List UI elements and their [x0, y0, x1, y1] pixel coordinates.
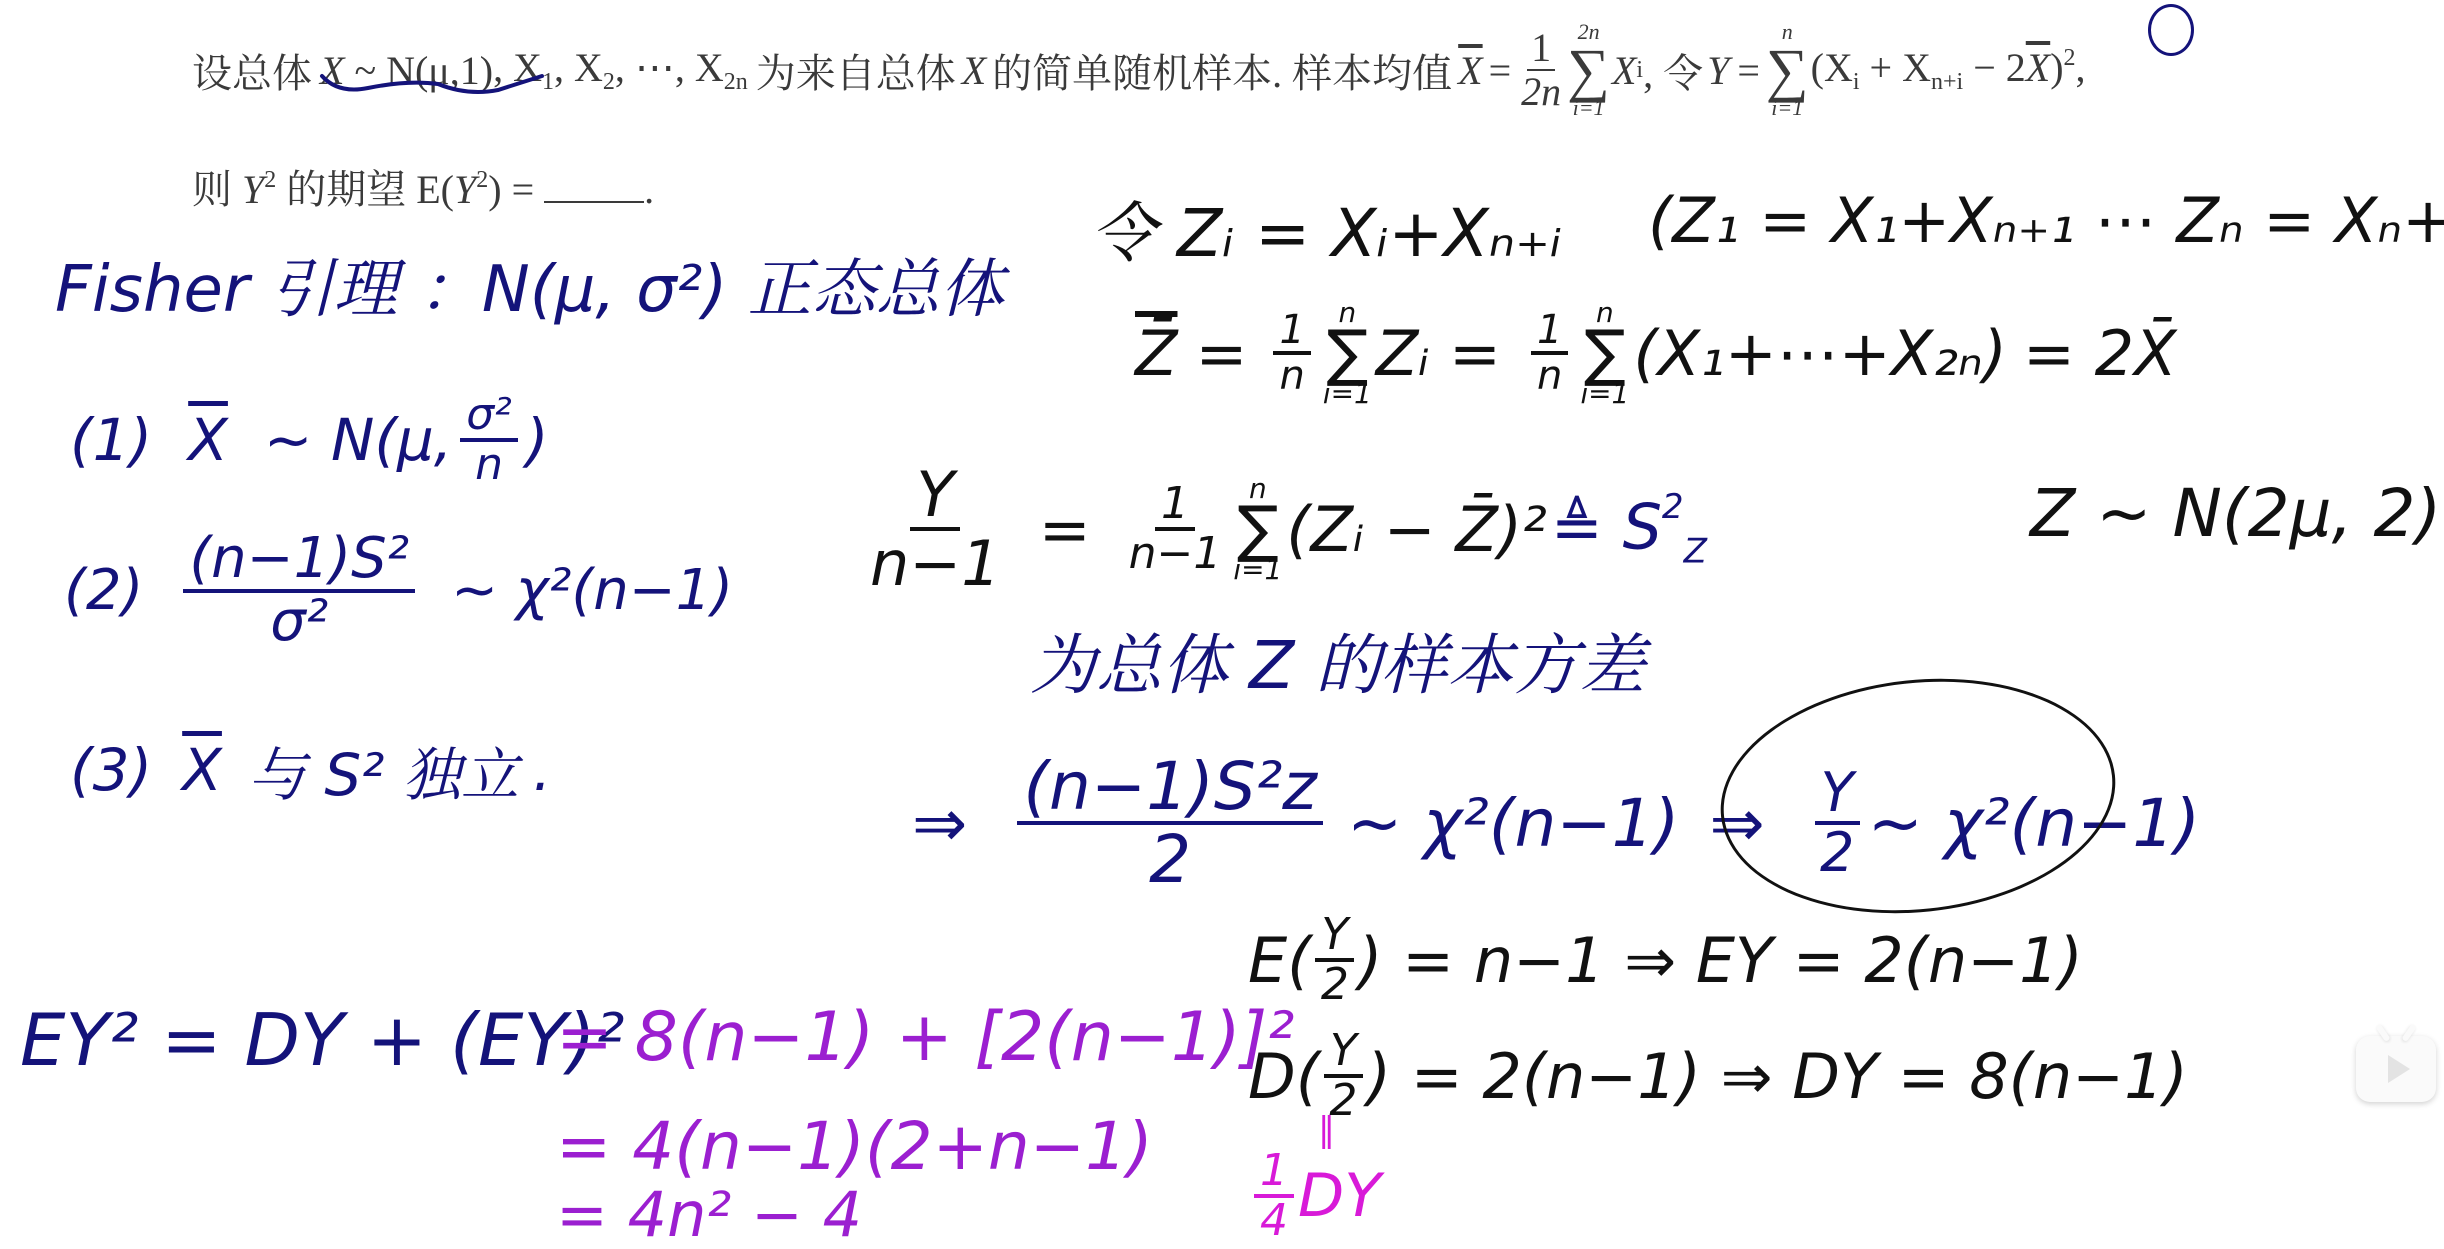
frac-num: Y [910, 462, 960, 531]
frac-den: σ² [270, 593, 328, 652]
tv-antenna-icon [2375, 1024, 2390, 1042]
sum-n: n∑i=1 [1323, 300, 1372, 406]
sum-n: n∑i=1 [1580, 300, 1629, 406]
problem-line-2: 则 Y2 的期望 E(Y2) = . [192, 158, 654, 215]
equal-mark: ‖ [1318, 1110, 1335, 1150]
zi-term: Zᵢ = [1376, 317, 1501, 390]
exponent-2: 2 [2064, 45, 2076, 71]
y-plus: + X [1860, 45, 1931, 90]
var-y: Y [1707, 47, 1729, 94]
frac-num: 1 [1273, 309, 1310, 355]
zbar-derivation: Z̄ = 1n n∑i=1 Zᵢ = 1n n∑i=1 (X₁+⋯+X₂ₙ) =… [1135, 300, 2177, 406]
var-y: Y [454, 167, 476, 212]
frac-den: n [475, 442, 503, 488]
expectation-line: E( Y2 ) = n−1 ⇒ EY = 2(n−1) [1248, 912, 2083, 1008]
tv-antenna-icon [2401, 1024, 2416, 1042]
problem-mid: 为来自总体 [756, 42, 956, 99]
frac-num: Y [1324, 1028, 1363, 1078]
underline-annotation [318, 70, 548, 100]
sum-icon: ∑ [1766, 43, 1809, 97]
play-icon [2388, 1055, 2410, 1083]
y-minus: − 2 [1963, 45, 2026, 90]
equals: = [1039, 493, 1091, 566]
y-over-2: Y2 [1315, 912, 1354, 1008]
y-close: ) [2050, 45, 2063, 90]
sample-x2: , X [554, 45, 603, 90]
period: . [644, 167, 654, 212]
dy-result: ) = 2(n−1) ⇒ DY = 8(n−1) [1367, 1040, 2188, 1113]
frac-num: 1 [1254, 1148, 1294, 1198]
chi-dist: ~ χ²(n−1) [451, 558, 733, 623]
exponent-2: 2 [476, 167, 488, 193]
item-label: (3) [70, 736, 152, 804]
frac-num: 1 [1527, 27, 1555, 71]
equals: = [1737, 47, 1760, 94]
sum-bot: i=1 [1323, 381, 1372, 406]
lemma-item-2: (2) (n−1)S²σ² ~ χ²(n−1) [64, 530, 733, 652]
equals: = [1489, 47, 1512, 94]
y-fraction: Yn−1 [870, 462, 1001, 596]
frac-num: 1 [1155, 481, 1195, 531]
implies-icon: ⇒ [912, 785, 967, 862]
xbar: X [1458, 47, 1482, 94]
quarter-dy: 14 DY [1254, 1148, 1381, 1244]
period: . [533, 736, 551, 804]
sum-2n: 2n∑i=1 [1567, 21, 1610, 119]
frac-num: (n−1)S²z [1017, 752, 1323, 825]
y-body: (Xi + Xn+i − 2X)2, [1811, 44, 2086, 96]
sum-n: n∑i=1 [1766, 21, 1809, 119]
circle-annotation [2148, 4, 2194, 56]
problem-tail: 的简单随机样本. 样本均值 [992, 42, 1452, 99]
frac-num: Y [1315, 912, 1354, 962]
one-quarter: 14 [1254, 1148, 1294, 1244]
chi-fraction: (n−1)S²z2 [1017, 752, 1323, 895]
comma: , [2076, 45, 2086, 90]
one-over-n-minus-1: 1n−1 [1129, 481, 1222, 577]
xbar: X [2026, 45, 2050, 90]
y-open: (X [1811, 45, 1853, 90]
sample-variance-note: 为总体 Z 的样本方差 [1030, 612, 1645, 707]
lemma-item-1: (1) X ~ N(μ, σ²n ) [70, 392, 548, 488]
frac-den: 2n [1521, 71, 1561, 113]
item-body: ~ N(μ, [264, 406, 452, 474]
ey2-step-3: = 4n² − 4 [556, 1178, 862, 1249]
y-over-n-minus-1: Yn−1 = 1n−1 n∑i=1 (Zᵢ − Z̄)² ≜ S2Z [862, 462, 1707, 596]
zbar-result: = 2X̄ [2023, 317, 2177, 390]
independence-text: 与 S² 独立 [248, 728, 519, 812]
one-over-n: 1n [1273, 309, 1310, 397]
chi-dist: ~ χ²(n−1) [1347, 785, 1679, 862]
frac-den: 2 [1149, 825, 1191, 894]
frac-den: n−1 [870, 531, 1001, 596]
ey-result: ) = n−1 ⇒ EY = 2(n−1) [1358, 924, 2083, 997]
sub-i: i [1636, 57, 1643, 84]
exponent-2: 2 [1662, 487, 1684, 527]
problem-prefix-2: 则 [192, 167, 232, 212]
expect-end: ) = [488, 167, 534, 212]
let-text: , 令 [1643, 42, 1703, 99]
problem-prefix: 设总体 [192, 42, 312, 99]
var-x: X [962, 47, 986, 94]
ey2-step-1: = 8(n−1) + [2(n−1)]² [556, 998, 1294, 1077]
ey2-step-2: = 4(n−1)(2+n−1) [556, 1108, 1153, 1185]
frac-den: n [1537, 355, 1562, 397]
sum-bot: i=1 [1233, 557, 1282, 582]
lemma-item-3: (3) X 与 S² 独立 . [70, 728, 551, 812]
frac-den: 4 [1260, 1198, 1288, 1244]
sum-n: n∑i=1 [1233, 476, 1282, 582]
sub-i: i [1853, 69, 1860, 95]
video-play-button[interactable] [2356, 1036, 2436, 1102]
var-y: Y [242, 167, 264, 212]
xbar: X [188, 406, 228, 474]
frac-num: 1 [1531, 309, 1568, 355]
var-xi: X [1612, 47, 1636, 94]
squared-deviation: (Zᵢ − Z̄)² [1286, 493, 1547, 566]
x-sum: (X₁+⋯+X₂ₙ) [1633, 317, 2007, 390]
sub-z: Z [1684, 531, 1707, 571]
fraction-1-over-2n: 12n [1521, 27, 1561, 113]
sample-x2n: , ⋯, X [615, 45, 724, 90]
e-open: E( [1248, 924, 1311, 997]
dy-term: DY [1298, 1161, 1381, 1231]
sub-ni: n+i [1931, 69, 1963, 95]
sum-icon: ∑ [1567, 43, 1610, 97]
frac-num: σ² [460, 392, 518, 442]
expect-text: 的期望 E( [286, 167, 454, 212]
answer-blank [544, 169, 644, 203]
item-label: (1) [70, 406, 152, 474]
fisher-lemma-title: Fisher 引理 ：N(μ, σ²) 正态总体 [55, 238, 1004, 330]
let-z-definition: 令 Zᵢ = Xᵢ+Xₙ₊ᵢ [1090, 180, 1562, 275]
z-distribution: Z ~ N(2μ, 2) [2030, 475, 2441, 552]
variance-line: D( Y2 ) = 2(n−1) ⇒ DY = 8(n−1) [1248, 1028, 2188, 1124]
exponent-2: 2 [264, 167, 276, 193]
sample-variance-def: ≜ S2Z [1551, 487, 1707, 571]
chi-fraction: (n−1)S²σ² [183, 530, 415, 652]
frac-num: (n−1)S² [183, 530, 415, 593]
frac-den: 2 [1321, 962, 1349, 1008]
close-paren: ) [526, 406, 549, 474]
item-label: (2) [64, 558, 143, 623]
zbar: Z̄ [1135, 317, 1177, 390]
sum-bot: i=1 [1573, 97, 1605, 119]
sum-bot: i=1 [1580, 381, 1629, 406]
z-examples: (Z₁ = X₁+Xₙ₊₁ ⋯ Zₙ = Xₙ+X₂ₙ) [1648, 184, 2444, 257]
frac-den: n−1 [1129, 531, 1222, 577]
sub-2: 2 [603, 69, 615, 95]
frac-den: n [1279, 355, 1304, 397]
sub-2n: 2n [724, 69, 748, 95]
one-over-n: 1n [1531, 309, 1568, 397]
ey2-formula: EY² = DY + (EY)² [20, 998, 624, 1082]
sum-bot: i=1 [1771, 97, 1803, 119]
xbar: X [182, 736, 222, 804]
sigma-over-n: σ²n [460, 392, 518, 488]
equals: = [1195, 317, 1247, 390]
def-text: ≜ S [1551, 491, 1662, 564]
